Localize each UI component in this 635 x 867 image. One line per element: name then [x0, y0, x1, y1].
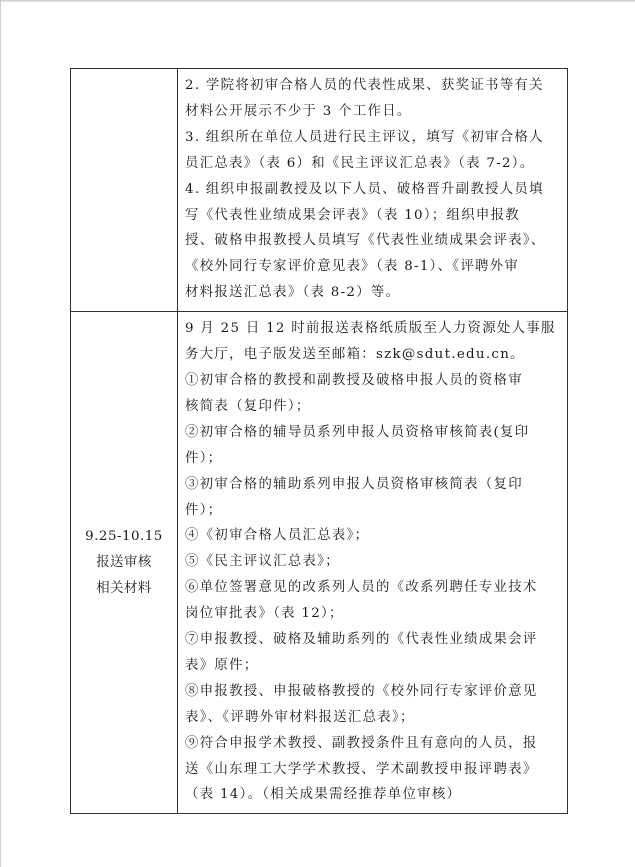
content-line: 2. 学院将初审合格人员的代表性成果、获奖证书等有关 [185, 73, 561, 99]
content-line: ②初审合格的辅导员系列申报人员资格审核简表(复印 [185, 420, 561, 446]
content-line: 授、破格申报教授人员填写《代表性业绩成果会评表》、 [185, 228, 561, 254]
content-line: 件）； [185, 446, 561, 472]
content-line: ⑧申报教授、申报破格教授的《校外同行专家评价意见 [185, 679, 561, 705]
content-line: 表》原件； [185, 653, 561, 679]
content-line: 务大厅，电子版发送至邮箱：szk@sdut.edu.cn。 [185, 342, 561, 368]
content-line: 核简表（复印件）； [185, 394, 561, 420]
content-line: 件）； [185, 498, 561, 524]
content-line: ⑨符合申报学术教授、副教授条件且有意向的人员，报 [185, 731, 561, 757]
content-line: 材料公开展示不少于 3 个工作日。 [185, 99, 561, 125]
table-row: 9.25-10.15 报送审核 相关材料 9 月 25 日 12 时前报送表格纸… [71, 312, 568, 814]
content-line: 4. 组织申报副教授及以下人员、破格晋升副教授人员填 [185, 177, 561, 203]
content-line: 写《代表性业绩成果会评表》（表 10）；组织申报教 [185, 203, 561, 229]
content-line: ③初审合格的辅助系列申报人员资格审核简表（复印 [185, 472, 561, 498]
content-line: ⑤《民主评议汇总表》； [185, 549, 561, 575]
content-line: 《校外同行专家评价意见表》（表 8-1）、《评聘外审 [185, 254, 561, 280]
schedule-table: 2. 学院将初审合格人员的代表性成果、获奖证书等有关 材料公开展示不少于 3 个… [70, 68, 568, 814]
content-line: ⑦申报教授、破格及辅助系列的《代表性业绩成果会评 [185, 627, 561, 653]
period-title-line-1: 报送审核 [71, 550, 177, 576]
content-line: 表》、《评聘外审材料报送汇总表》； [185, 705, 561, 731]
period-title-line-2: 相关材料 [71, 576, 177, 602]
row-2-period-cell: 9.25-10.15 报送审核 相关材料 [71, 312, 178, 814]
page-top-edge [0, 0, 635, 2]
content-line: ⑥单位签署意见的改系列人员的《改系列聘任专业技术 [185, 575, 561, 601]
content-line: 送《山东理工大学学术教授、学术副教授申报评聘表》 [185, 757, 561, 783]
row-1-content-cell: 2. 学院将初审合格人员的代表性成果、获奖证书等有关 材料公开展示不少于 3 个… [178, 69, 568, 312]
content-line: 材料报送汇总表》（表 8-2）等。 [185, 280, 561, 306]
content-line: （表 14）。（相关成果需经推荐单位审核） [185, 782, 561, 808]
row-2-content-cell: 9 月 25 日 12 时前报送表格纸质版至人力资源处人事服 务大厅，电子版发送… [178, 312, 568, 814]
content-line: ①初审合格的教授和副教授及破格申报人员的资格审 [185, 368, 561, 394]
table-row: 2. 学院将初审合格人员的代表性成果、获奖证书等有关 材料公开展示不少于 3 个… [71, 69, 568, 312]
content-line: 员汇总表》（表 6）和《民主评议汇总表》（表 7-2）。 [185, 151, 561, 177]
row-1-period-cell [71, 69, 178, 312]
period-dates: 9.25-10.15 [71, 524, 177, 550]
page-left-edge [0, 0, 1, 867]
content-line: 岗位审批表》（表 12）； [185, 601, 561, 627]
content-line: 9 月 25 日 12 时前报送表格纸质版至人力资源处人事服 [185, 316, 561, 342]
content-line: ④《初审合格人员汇总表》； [185, 523, 561, 549]
content-line: 3. 组织所在单位人员进行民主评议，填写《初审合格人 [185, 125, 561, 151]
